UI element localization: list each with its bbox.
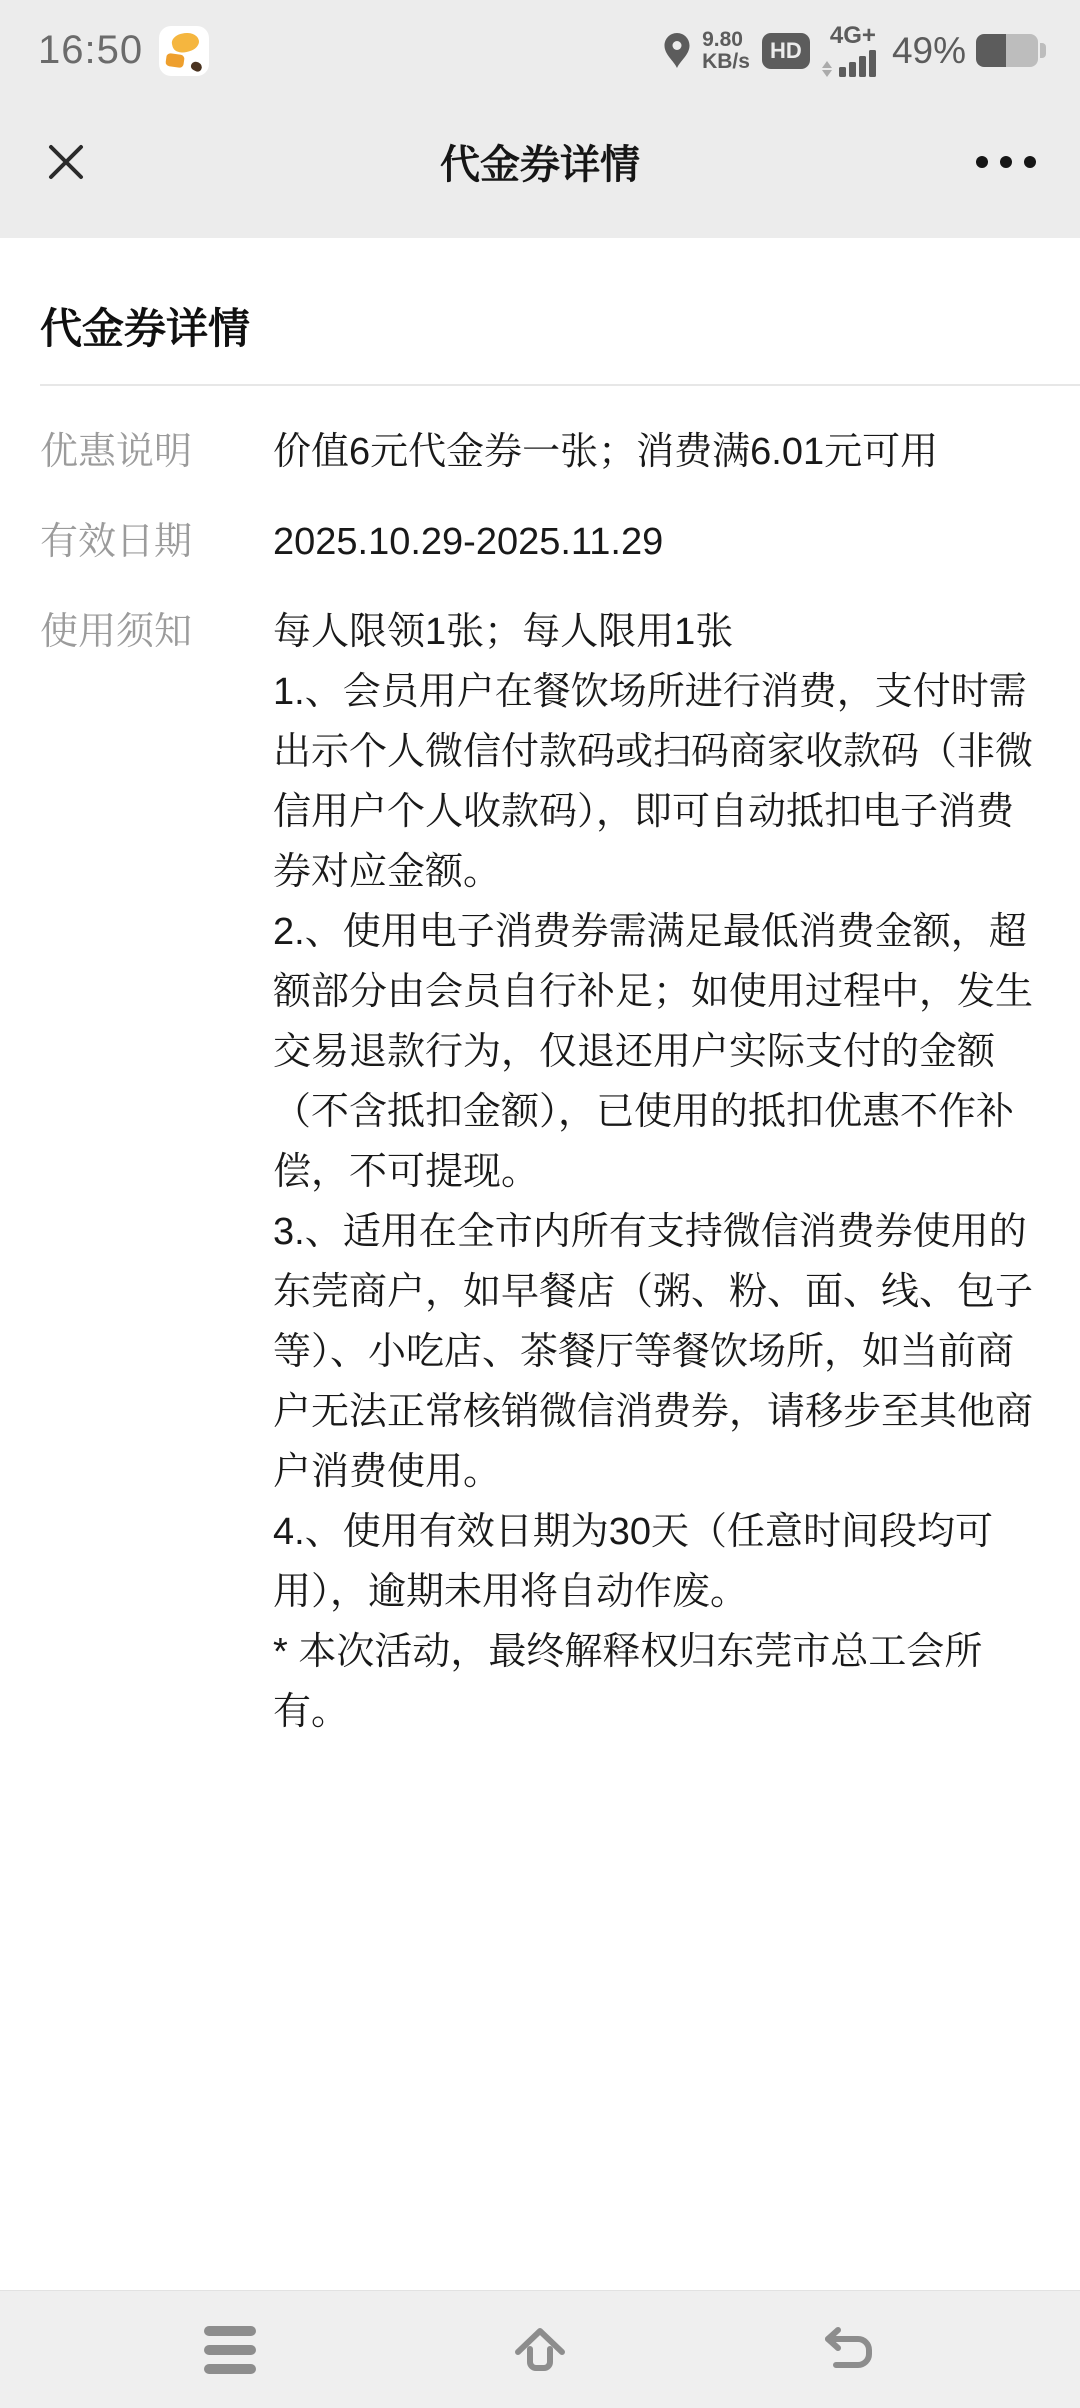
heading-divider — [40, 384, 1080, 386]
android-nav-bar — [0, 2290, 1080, 2408]
location-pin-icon — [662, 32, 692, 70]
table-row: 使用须知 每人限领1张；每人限用1张 1.、会员用户在餐饮场所进行消费，支付时需… — [40, 602, 1044, 1742]
signal-bars-icon — [836, 50, 876, 77]
close-icon[interactable] — [44, 140, 88, 184]
menu-icon — [204, 2321, 256, 2378]
nav-menu-button[interactable] — [150, 2305, 310, 2395]
notice-paragraph: 1.、会员用户在餐饮场所进行消费，支付时需出示个人微信付款码或扫码商家收款码（非… — [273, 662, 1044, 902]
nav-back-button[interactable] — [770, 2305, 930, 2395]
network-type-label: 4G+ — [830, 24, 876, 48]
cellular-indicator: 4G+ — [822, 24, 876, 77]
nav-bar: 代金券详情 — [0, 85, 1080, 238]
signal-cluster — [822, 50, 876, 77]
battery-icon — [976, 34, 1046, 67]
page-title: 代金券详情 — [0, 133, 1080, 190]
status-time: 16:50 — [38, 28, 143, 73]
hd-badge-icon: HD — [762, 33, 810, 69]
status-right-cluster: 9.80 KB/s HD 4G+ 49% — [662, 24, 1046, 77]
detail-rows: 优惠说明 价值6元代金券一张；消费满6.01元可用 有效日期 2025.10.2… — [40, 422, 1044, 1742]
row-label-validity: 有效日期 — [40, 512, 273, 572]
row-label-discount: 优惠说明 — [40, 422, 273, 482]
notice-paragraph: 每人限领1张；每人限用1张 — [273, 602, 1044, 662]
table-row: 有效日期 2025.10.29-2025.11.29 — [40, 512, 1044, 572]
notice-paragraph: 3.、适用在全市内所有支持微信消费券使用的东莞商户，如早餐店（粥、粉、面、线、包… — [273, 1202, 1044, 1502]
notice-paragraph: * 本次活动，最终解释权归东莞市总工会所有。 — [273, 1622, 1044, 1742]
app-icon-shape — [165, 52, 185, 67]
notice-paragraph: 4.、使用有效日期为30天（任意时间段均可用），逾期未用将自动作废。 — [273, 1502, 1044, 1622]
voucher-detail-panel: 代金券详情 优惠说明 价值6元代金券一张；消费满6.01元可用 有效日期 202… — [0, 238, 1080, 1742]
data-activity-arrows-icon — [822, 61, 832, 77]
table-row: 优惠说明 价值6元代金券一张；消费满6.01元可用 — [40, 422, 1044, 482]
more-menu-icon[interactable] — [976, 140, 1036, 184]
app-icon-shape — [170, 30, 201, 55]
notice-paragraph: 2.、使用电子消费券需满足最低消费金额，超额部分由会员自行补足；如使用过程中，发… — [273, 902, 1044, 1202]
home-icon — [508, 2321, 572, 2379]
row-label-notice: 使用须知 — [40, 602, 273, 1742]
nav-home-button[interactable] — [460, 2305, 620, 2395]
content-heading: 代金券详情 — [40, 238, 1044, 356]
status-bar: 16:50 9.80 KB/s HD 4G+ 49% — [0, 0, 1080, 85]
back-icon — [819, 2324, 881, 2376]
notification-app-icon — [159, 26, 209, 76]
network-speed-value: 9.80 — [702, 29, 750, 51]
app-icon-shape — [190, 59, 204, 72]
row-value-validity: 2025.10.29-2025.11.29 — [273, 512, 1044, 572]
row-value-notice: 每人限领1张；每人限用1张 1.、会员用户在餐饮场所进行消费，支付时需出示个人微… — [273, 602, 1044, 1742]
battery-fill — [976, 34, 1006, 67]
row-value-discount: 价值6元代金券一张；消费满6.01元可用 — [273, 422, 1044, 482]
network-speed: 9.80 KB/s — [702, 29, 750, 73]
battery-percent-label: 49% — [892, 30, 966, 72]
network-speed-unit: KB/s — [702, 51, 750, 73]
